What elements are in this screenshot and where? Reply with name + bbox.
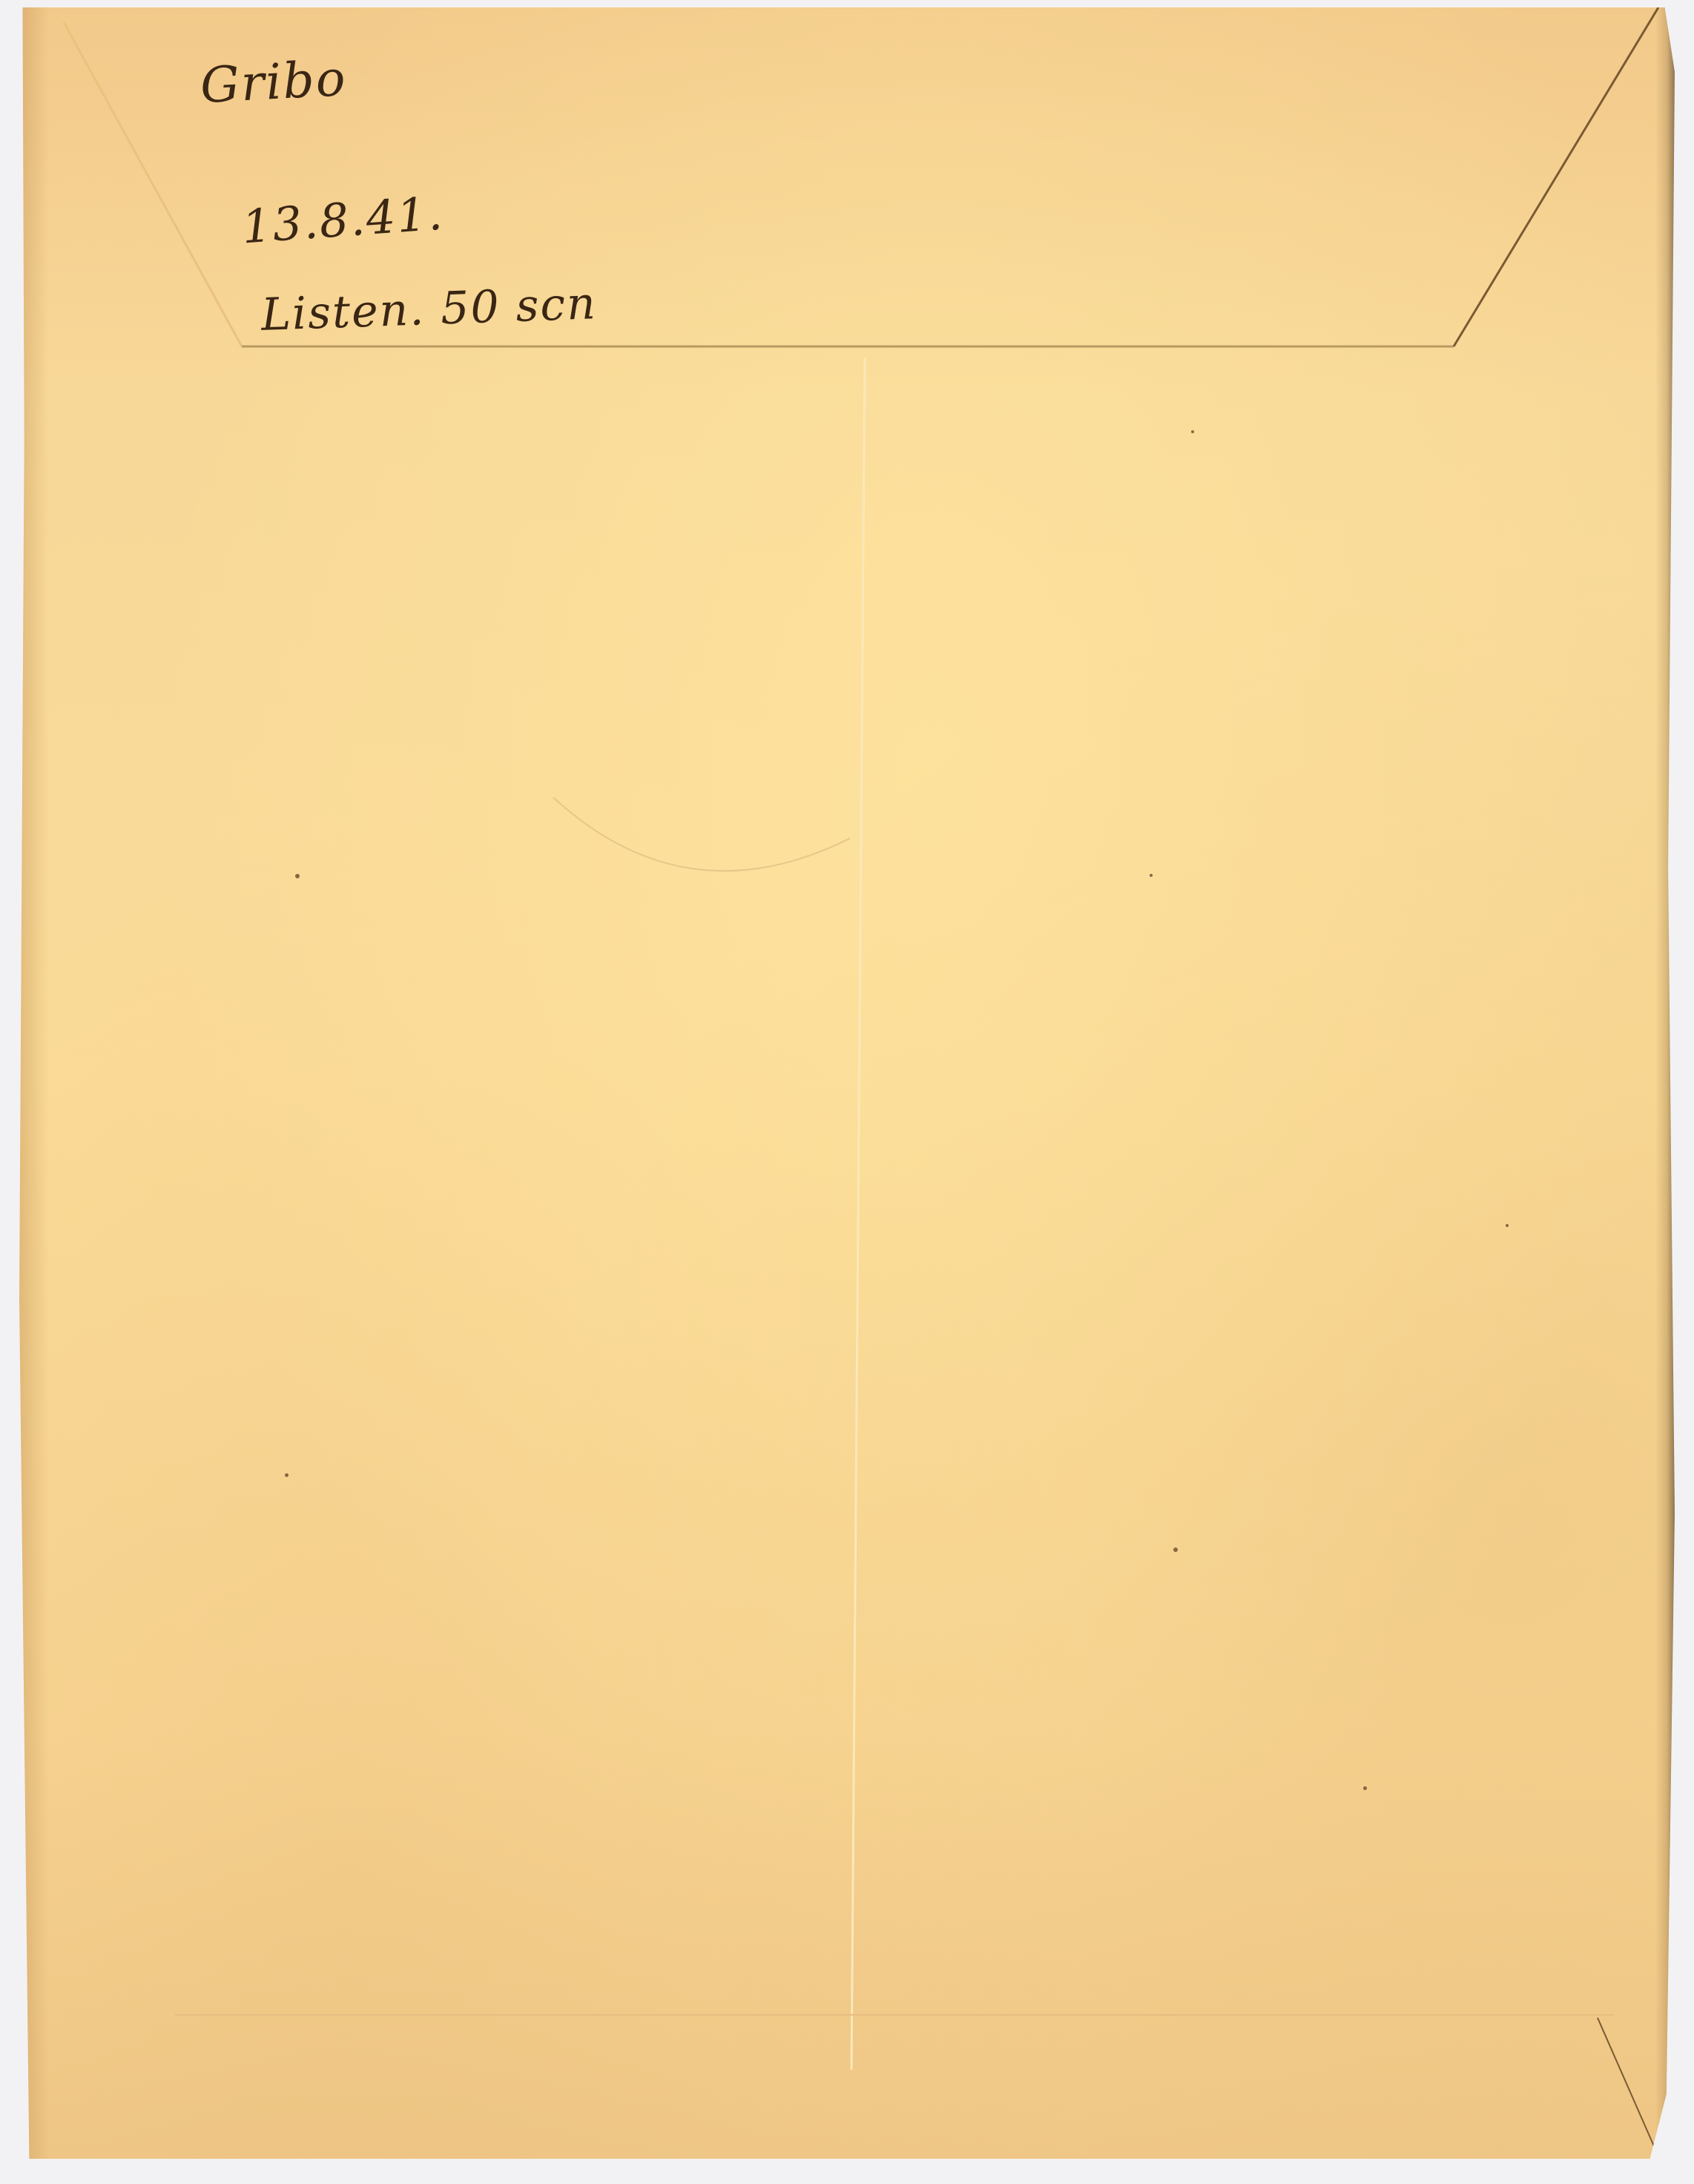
paper-speck — [295, 874, 300, 878]
paper-speck — [1363, 1786, 1367, 1790]
paper-speck — [1506, 1224, 1509, 1227]
corner-crease — [1598, 2018, 1657, 2153]
faint-arc — [553, 797, 850, 871]
paper-speck — [285, 1473, 289, 1477]
center-seam — [851, 358, 865, 2070]
envelope: Gribo 13.8.41. Listen. 50 scn — [19, 7, 1675, 2159]
paper-speck — [1173, 1547, 1178, 1552]
flap-right-edge — [1454, 7, 1658, 346]
paper-speck — [1150, 874, 1153, 877]
paper-speck — [1191, 430, 1194, 433]
handwritten-name: Gribo — [199, 50, 348, 114]
